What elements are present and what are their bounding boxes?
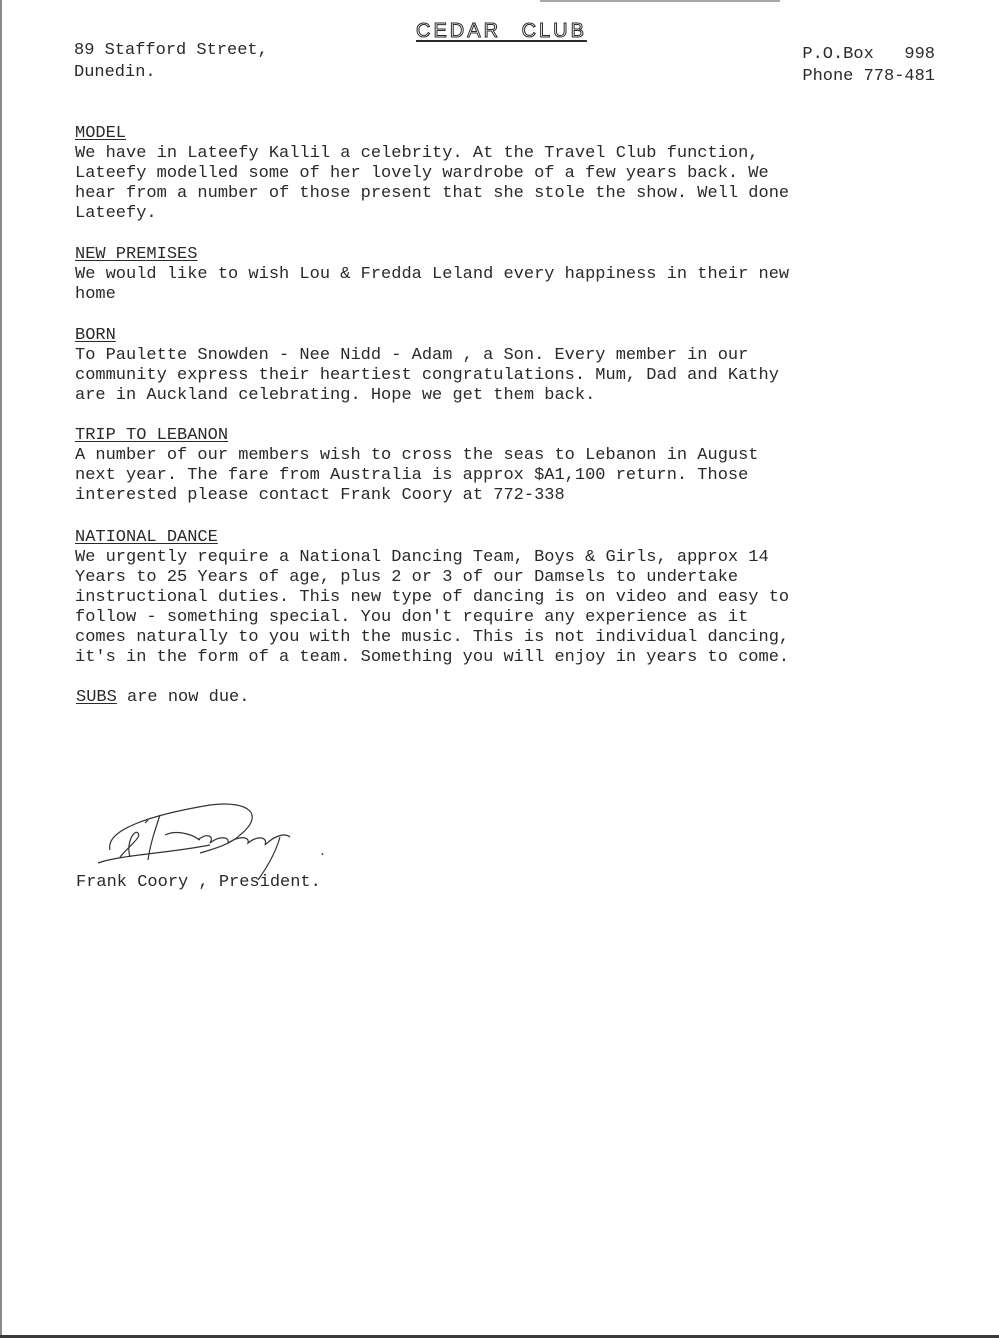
po-box: P.O.Box 998: [802, 45, 935, 64]
section-trip-to-lebanon: TRIP TO LEBANON A number of our members …: [75, 426, 955, 506]
section-body: We urgently require a National Dancing T…: [75, 548, 955, 668]
address-line: 89 Stafford Street,: [74, 41, 268, 60]
section-national-dance: NATIONAL DANCE We urgently require a Nat…: [75, 528, 955, 668]
section-body: We would like to wish Lou & Fredda Lelan…: [75, 265, 955, 305]
section-model: MODEL We have in Lateefy Kallil a celebr…: [75, 124, 955, 224]
page-edge-left: [0, 0, 2, 1338]
section-heading: NATIONAL DANCE: [75, 528, 955, 548]
page-edge-top: [540, 0, 780, 2]
section-body: To Paulette Snowden - Nee Nidd - Adam , …: [75, 346, 955, 406]
club-contact: P.O.Box 998 Phone 778-481: [802, 44, 935, 88]
subs-notice: SUBS are now due.: [76, 688, 249, 708]
section-body: We have in Lateefy Kallil a celebrity. A…: [75, 144, 955, 224]
subs-keyword: SUBS: [76, 688, 117, 707]
signatory-line: Frank Coory , President.: [76, 872, 321, 894]
club-address: 89 Stafford Street, Dunedin.: [74, 40, 268, 84]
section-heading: MODEL: [75, 124, 955, 144]
section-heading: TRIP TO LEBANON: [75, 426, 955, 446]
section-born: BORN To Paulette Snowden - Nee Nidd - Ad…: [75, 326, 955, 406]
subs-text: are now due.: [117, 688, 250, 707]
club-title: CEDAR CLUB: [416, 20, 587, 43]
section-heading: NEW PREMISES: [75, 245, 955, 265]
phone: Phone 778-481: [802, 67, 935, 86]
address-line: Dunedin.: [74, 63, 156, 82]
section-body: A number of our members wish to cross th…: [75, 446, 955, 506]
section-heading: BORN: [75, 326, 955, 346]
section-new-premises: NEW PREMISES We would like to wish Lou &…: [75, 245, 955, 305]
